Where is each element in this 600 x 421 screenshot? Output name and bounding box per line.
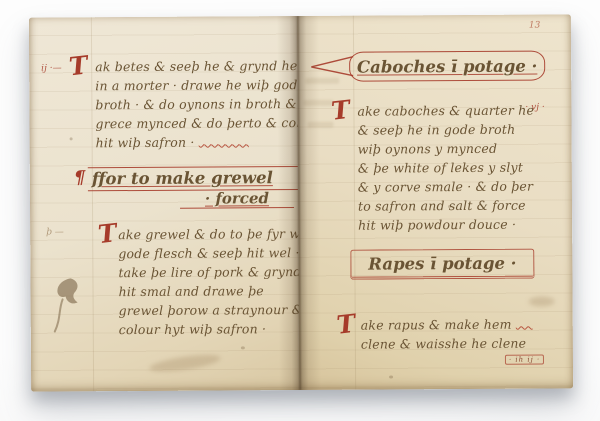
recipe-line: wiþ oynons y mynced — [358, 139, 535, 159]
recipe-heading-rapes: Rapes ī potage · — [350, 249, 534, 280]
red-line-filler — [516, 315, 533, 334]
heading-text: Caboches ī potage · — [357, 56, 537, 76]
recipe-line: & seeþ he in gode broth — [357, 120, 534, 140]
rubric-initial: T — [335, 309, 357, 340]
heading-text-forced: · forced — [180, 189, 294, 209]
show-through — [303, 100, 333, 106]
recipe-line: clene & waisshe he clene — [361, 334, 533, 354]
show-through — [308, 122, 334, 128]
speck — [389, 375, 393, 378]
recipe-heading-grewel: ffor to make grewel — [88, 166, 300, 191]
right-page: 13 Caboches ī potage · T · vj · ake cabo… — [297, 14, 573, 390]
recipe-line: to safron and salt & force — [358, 196, 535, 216]
recipe-text: ake caboches & quarter he & seeþ he in g… — [357, 101, 534, 235]
recipe-text: ake grewel & do to þe fyr wiþ gode flesc… — [118, 224, 313, 339]
rubric-initial: T — [68, 50, 90, 81]
recipe-line: hit wiþ powdour douce · — [358, 215, 535, 235]
recipe-line: hit smal and drawe þe — [118, 281, 313, 301]
speck — [241, 346, 245, 349]
margin-mark: ij ·— — [41, 63, 61, 73]
photo-background: ij ·— T ak betes & seeþ he & grynd he in… — [0, 0, 600, 421]
recipe-line: & þe white of lekes y slyt — [358, 158, 535, 178]
quire-signature: · ih ij · — [505, 355, 544, 365]
manuscript-book: ij ·— T ak betes & seeþ he & grynd he in… — [29, 14, 573, 391]
recipe-line: ake grewel & do to þe fyr wiþ — [118, 224, 313, 244]
recipe-line: ake rapus & make hem — [361, 315, 533, 335]
recipe-line: broth · & do oynons in broth & — [95, 94, 322, 114]
margin-mark: þ — — [46, 227, 64, 237]
recipe-line: grece mynced & do þerto & colour — [95, 113, 322, 133]
pilcrow-mark: ¶ — [74, 167, 86, 188]
recipe-line: grewel þorow a straynour & — [119, 300, 314, 320]
folio-number: 13 — [529, 21, 541, 31]
recipe-line: colour hyt wiþ safron · — [119, 319, 314, 339]
stain — [148, 352, 221, 375]
red-line-filler — [199, 132, 249, 151]
cartouche-arrow-tail — [311, 54, 353, 80]
recipe-line: ake caboches & quarter he — [357, 101, 534, 121]
recipe-text: ake rapus & make hem clene & waisshe he … — [361, 315, 533, 354]
recipe-line: & y corve smale · & do þer — [358, 177, 535, 197]
margin-rule-left — [91, 17, 94, 391]
recipe-heading-caboches: Caboches ī potage · — [349, 51, 545, 82]
speck — [70, 137, 73, 140]
heading-text: ffor to make grewel — [92, 168, 273, 188]
rubric-initial: T — [330, 95, 352, 126]
recipe-line: take þe lire of pork & grynd — [118, 262, 313, 282]
recipe-line: in a morter · drawe he wiþ gode — [95, 75, 322, 95]
heading-text: Rapes ī potage · — [368, 253, 516, 273]
stain — [529, 296, 555, 306]
ink-blot — [48, 275, 88, 337]
recipe-line: gode flesch & seeþ hit wel · — [118, 243, 313, 263]
speck — [448, 205, 451, 208]
left-page: ij ·— T ak betes & seeþ he & grynd he in… — [29, 16, 299, 392]
recipe-text: ak betes & seeþ he & grynd he in a morte… — [95, 56, 323, 152]
recipe-line: hit wiþ safron · — [96, 132, 323, 152]
rubric-initial: T — [97, 218, 119, 249]
recipe-line: ak betes & seeþ he & grynd he — [95, 56, 322, 76]
